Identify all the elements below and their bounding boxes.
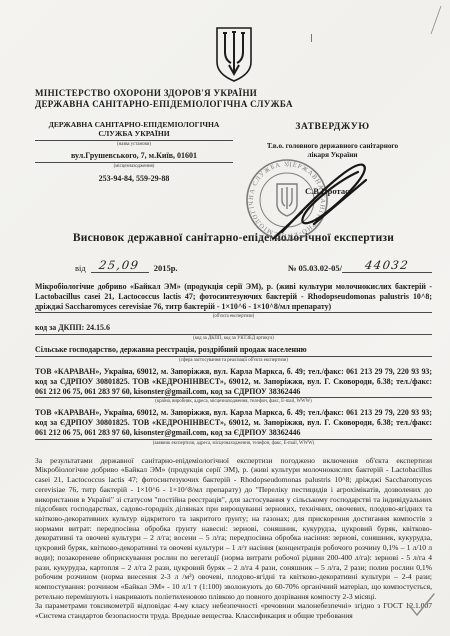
issuer-block: ДЕРЖАВНА САНІТАРНО-ЕПІДЕМІОЛОГІЧНА СЛУЖБ… (35, 120, 233, 216)
scan-artifact-corner-stroke (428, 6, 444, 36)
manufacturer-caption: (країна, виробник, адреса, місцезнаходже… (35, 398, 432, 405)
handwritten-checkmark (406, 592, 436, 618)
scan-artifact-tick (311, 34, 312, 42)
object-code: код за ДКПП: 24.15.6 (35, 323, 432, 335)
object-code-caption: (код за ДКПП, код за УКТЗЕД артикул) (35, 335, 432, 342)
date-field: 25,09 (91, 258, 149, 273)
meta-row: від 25,09 2015р. № 05.03.02-05/ 44032 (35, 258, 432, 273)
applicant-info: ТОВ «КАРАВАН», Україна, 69012, м. Запорі… (35, 408, 432, 439)
number-field: 44032 (342, 258, 432, 273)
approve-label: ЗАТВЕРДЖУЮ (233, 122, 432, 132)
issuer-name-caption: (назва установи) (35, 141, 233, 148)
ukraine-trident-emblem-icon (212, 26, 256, 83)
applicant-caption: (заявник експертизи, адреса, місцезнаход… (35, 440, 432, 447)
ministry-header: МІНІСТЕРСТВО ОХОРОНИ ЗДОРОВ'Я УКРАЇНИ ДЕ… (35, 88, 432, 110)
date-year: 2015р. (154, 263, 178, 273)
scope-caption: (сфера застосування та реалізації об'єкт… (35, 357, 432, 364)
object-caption: (об'єкта експертизи) (35, 313, 432, 320)
manufacturer-info: ТОВ «КАРАВАН», Україна, 69012, м. Запорі… (35, 367, 432, 398)
scanned-document-page: МІНІСТЕРСТВО ОХОРОНИ ЗДОРОВ'Я УКРАЇНИ ДЕ… (0, 0, 450, 636)
issuer-address: вул.Грушевського, 7, м.Київ, 01601 (35, 151, 233, 163)
number-label: № 05.03.02-05/ (288, 263, 342, 273)
issuer-address-caption: (місцезнаходження) (35, 163, 233, 170)
ministry-line-1: МІНІСТЕРСТВО ОХОРОНИ ЗДОРОВ'Я УКРАЇНИ (35, 88, 432, 99)
toxicology-paragraph: За параметрами токсикометрії відповідає … (35, 601, 432, 620)
emblem-row (35, 26, 432, 84)
date-handwritten: 25,09 (99, 258, 141, 272)
handwritten-signature (268, 152, 388, 244)
approver-name: С.В.Протас (305, 186, 349, 196)
ministry-line-2: ДЕРЖАВНА САНІТАРНО-ЕПІДЕМІОЛОГІЧНА СЛУЖБ… (35, 99, 432, 110)
object-description: Мікробіологічне добриво «Байкал ЭМ» (про… (35, 282, 432, 313)
issuer-phones: 253-94-84, 559-29-88 (35, 174, 233, 183)
scope-of-use: Сільське господарство, державна реєстрац… (35, 345, 432, 357)
issuer-name: ДЕРЖАВНА САНІТАРНО-ЕПІДЕМІОЛОГІЧНА СЛУЖБ… (35, 120, 233, 141)
number-handwritten: 44032 (364, 258, 410, 272)
date-prefix: від (75, 263, 86, 273)
expertise-conclusion-paragraph: За результатами державної санітарно-епід… (35, 456, 432, 602)
